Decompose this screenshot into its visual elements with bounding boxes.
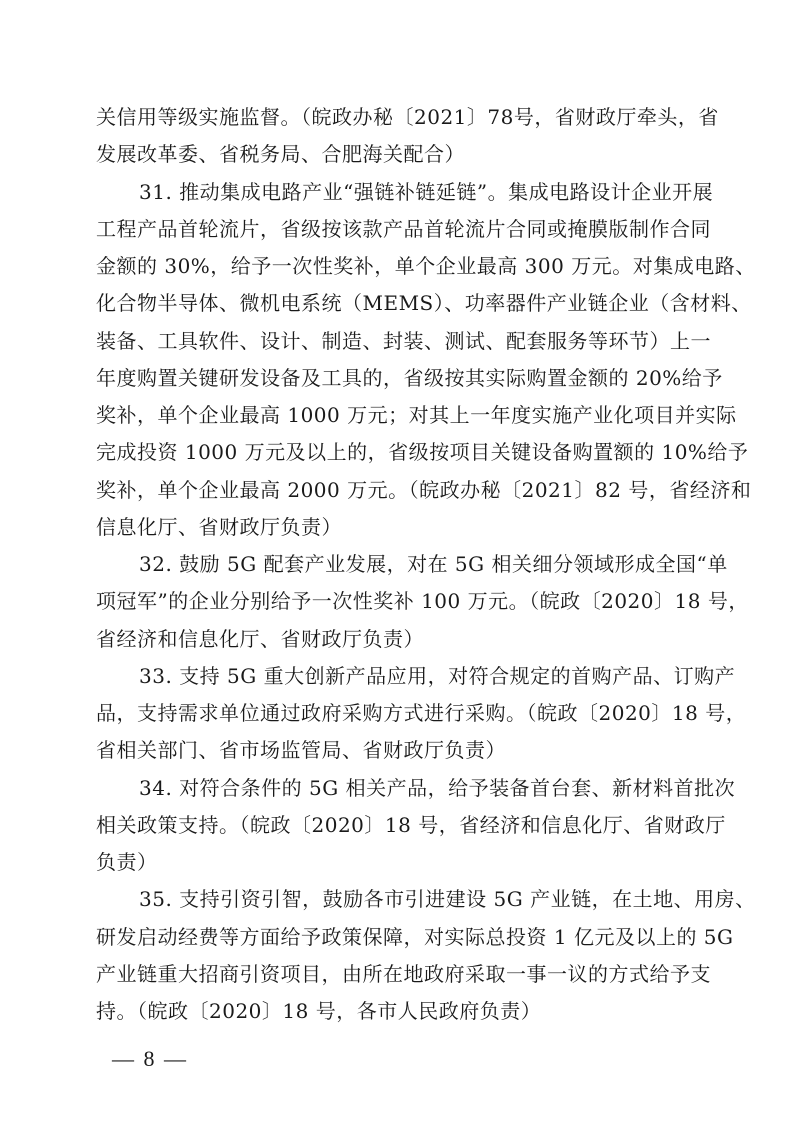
- text-line: 省相关部门、省市场监管局、省财政厅负责）: [96, 732, 698, 769]
- text-line: 项冠军”的企业分别给予一次性奖补 100 万元。（皖政〔2020〕18 号，: [96, 583, 698, 620]
- paragraph-35-start: 35. 支持引资引智，鼓励各市引进建设 5G 产业链，在土地、用房、: [96, 881, 698, 918]
- text-line: 省经济和信息化厅、省财政厅负责）: [96, 621, 698, 658]
- paragraph-32-start: 32. 鼓励 5G 配套产业发展，对在 5G 相关细分领域形成全国“单: [96, 546, 698, 583]
- text-line: 产业链重大招商引资项目，由所在地政府采取一事一议的方式给予支: [96, 956, 698, 993]
- document-body: 关信用等级实施监督。（皖政办秘〔2021〕78号，省财政厅牵头，省 发展改革委、…: [96, 99, 698, 1030]
- text-line: 奖补，单个企业最高 1000 万元；对其上一年度实施产业化项目并实际: [96, 397, 698, 434]
- text-line: 负责）: [96, 844, 698, 881]
- text-line: 化合物半导体、微机电系统（MEMS）、功率器件产业链企业（含材料、: [96, 285, 698, 322]
- text-line: 金额的 30%，给予一次性奖补，单个企业最高 300 万元。对集成电路、: [96, 248, 698, 285]
- text-line: 关信用等级实施监督。（皖政办秘〔2021〕78号，省财政厅牵头，省: [96, 99, 698, 136]
- paragraph-34-start: 34. 对符合条件的 5G 相关产品，给予装备首台套、新材料首批次: [96, 770, 698, 807]
- paragraph-31-start: 31. 推动集成电路产业“强链补链延链”。集成电路设计企业开展: [96, 174, 698, 211]
- text-line: 发展改革委、省税务局、合肥海关配合）: [96, 136, 698, 173]
- text-line: 相关政策支持。（皖政〔2020〕18 号，省经济和信息化厅、省财政厅: [96, 807, 698, 844]
- text-line: 完成投资 1000 万元及以上的，省级按项目关键设备购置额的 10%给予: [96, 434, 698, 471]
- text-line: 品，支持需求单位通过政府采购方式进行采购。（皖政〔2020〕18 号，: [96, 695, 698, 732]
- text-line: 装备、工具软件、设计、制造、封装、测试、配套服务等环节）上一: [96, 323, 698, 360]
- text-line: 持。（皖政〔2020〕18 号，各市人民政府负责）: [96, 993, 698, 1030]
- paragraph-33-start: 33. 支持 5G 重大创新产品应用，对符合规定的首购产品、订购产: [96, 658, 698, 695]
- text-line: 年度购置关键研发设备及工具的，省级按其实际购置金额的 20%给予: [96, 360, 698, 397]
- text-line: 研发启动经费等方面给予政策保障，对实际总投资 1 亿元及以上的 5G: [96, 919, 698, 956]
- page-number: — 8 —: [112, 1046, 188, 1072]
- text-line: 奖补，单个企业最高 2000 万元。（皖政办秘〔2021〕82 号，省经济和: [96, 472, 698, 509]
- text-line: 信息化厅、省财政厅负责）: [96, 509, 698, 546]
- text-line: 工程产品首轮流片，省级按该款产品首轮流片合同或掩膜版制作合同: [96, 211, 698, 248]
